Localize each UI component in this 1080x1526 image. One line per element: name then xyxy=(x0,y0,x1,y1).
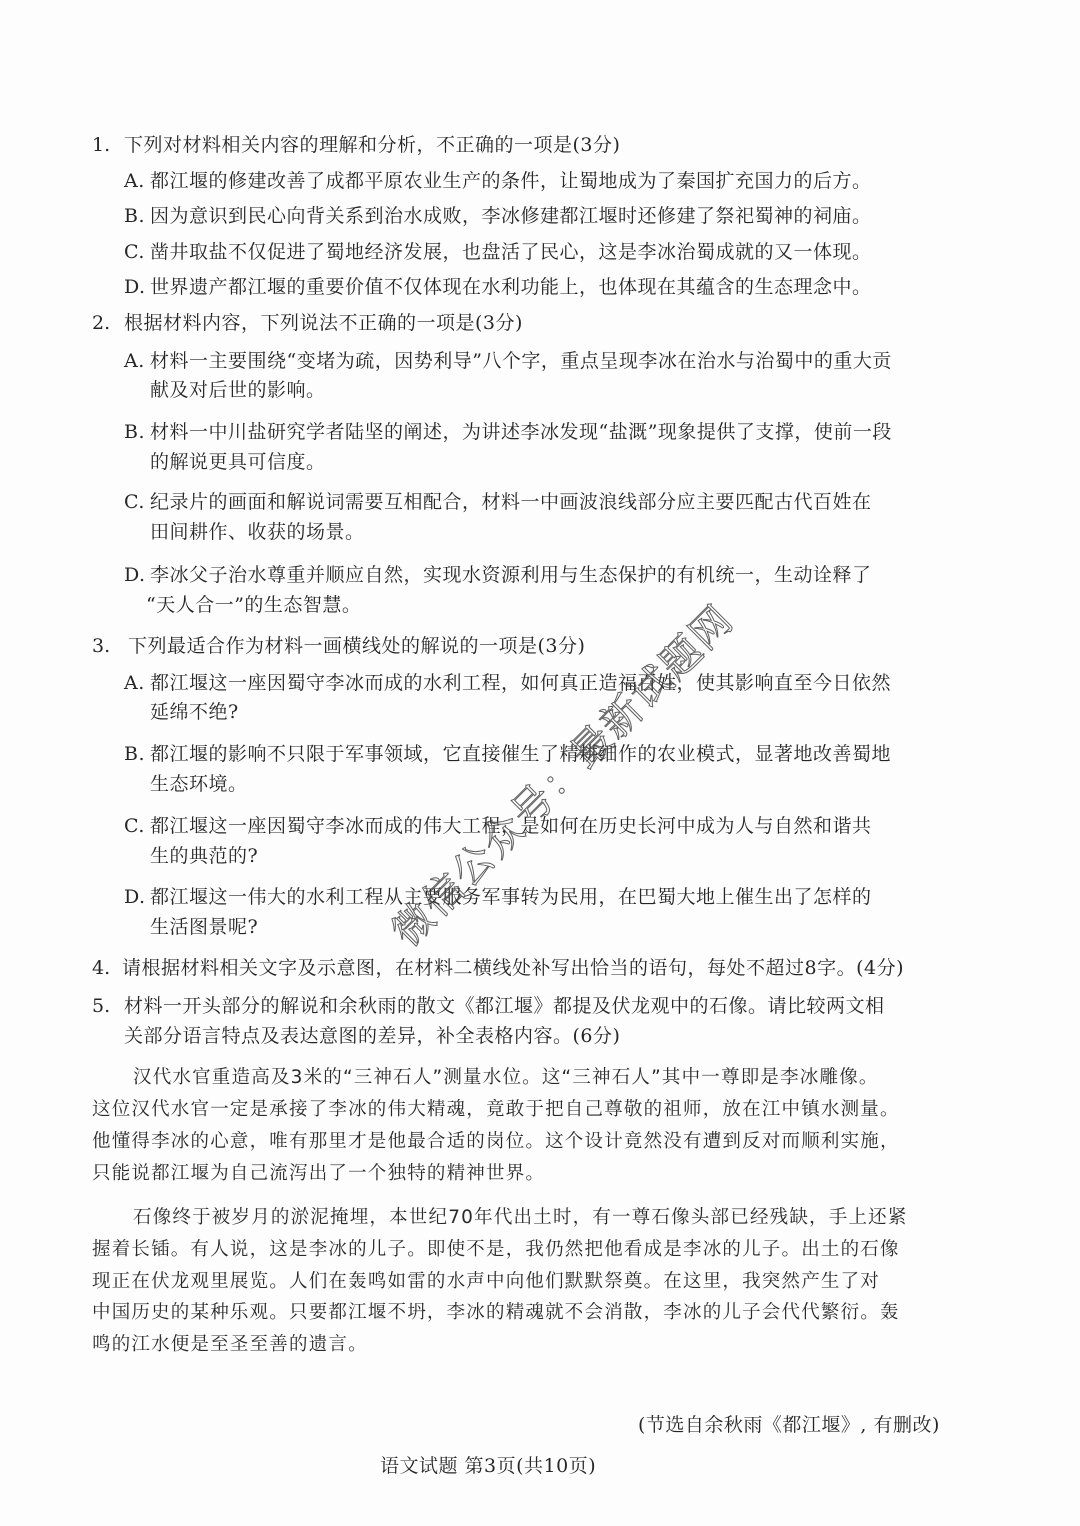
option-b-continuation: 的解说更具可信度。 xyxy=(150,450,326,474)
option-label: B. xyxy=(124,420,150,444)
passage-line: 这位汉代水官一定是承接了李冰的伟大精魂，竟敢于把自己尊敬的祖师，放在江中镇水测量… xyxy=(92,1098,900,1122)
option-a: A.都江堰这一座因蜀守李冰而成的水利工程，如何真正造福百姓，使其影响直至今日依然 xyxy=(124,671,891,695)
option-b: B.因为意识到民心向背关系到治水成败，李冰修建都江堰时还修建了祭祀蜀神的祠庙。 xyxy=(124,204,872,228)
question-number: 5. xyxy=(92,994,110,1018)
question-stem: 请根据材料相关文字及示意图，在材料二横线处补写出恰当的语句，每处不超过8字。(4… xyxy=(122,956,904,980)
option-text: 材料一主要围绕“变堵为疏，因势利导”八个字，重点呈现李冰在治水与治蜀中的重大贡 xyxy=(150,350,892,372)
passage-line: 现正在伏龙观里展览。人们在轰鸣如雷的水声中向他们默默祭奠。在这里，我突然产生了对 xyxy=(92,1270,880,1294)
option-label: C. xyxy=(124,490,150,514)
question-stem: 下列最适合作为材料一画横线处的解说的一项是(3分) xyxy=(128,634,585,658)
option-a-continuation: 延绵不绝? xyxy=(150,700,239,724)
option-text: 材料一中川盐研究学者陆坚的阐述，为讲述李冰发现“盐溉”现象提供了支撑，使前一段 xyxy=(150,421,892,443)
option-c: C.都江堰这一座因蜀守李冰而成的伟大工程，是如何在历史长河中成为人与自然和谐共 xyxy=(124,814,872,838)
passage-line: 他懂得李冰的心意，唯有那里才是他最合适的岗位。这个设计竟然没有遭到反对而顺利实施… xyxy=(92,1130,900,1154)
option-text: 世界遗产都江堰的重要价值不仅体现在水利功能上，也体现在其蕴含的生态理念中。 xyxy=(150,276,872,298)
passage-line: 鸣的江水便是至圣至善的遗言。 xyxy=(92,1333,368,1357)
option-label: B. xyxy=(124,204,150,228)
option-text: 都江堰这一座因蜀守李冰而成的伟大工程，是如何在历史长河中成为人与自然和谐共 xyxy=(150,815,872,837)
option-d-continuation: 生活图景呢? xyxy=(150,915,258,939)
option-c-continuation: 田间耕作、收获的场景。 xyxy=(150,520,365,544)
passage-line: 握着长锸。有人说，这是李冰的儿子。即使不是，我仍然把他看成是李冰的儿子。出土的石… xyxy=(92,1238,900,1262)
option-label: A. xyxy=(124,349,150,373)
option-text: 因为意识到民心向背关系到治水成败，李冰修建都江堰时还修建了祭祀蜀神的祠庙。 xyxy=(150,205,872,227)
question-number: 4. xyxy=(92,956,110,980)
option-label: A. xyxy=(124,169,150,193)
question-stem: 下列对材料相关内容的理解和分析，不正确的一项是(3分) xyxy=(124,133,620,157)
question-number: 1. xyxy=(92,133,110,157)
option-text: 凿井取盐不仅促进了蜀地经济发展，也盘活了民心，这是李冰治蜀成就的又一体现。 xyxy=(150,241,872,263)
option-b: B.都江堰的影响不只限于军事领域，它直接催生了精耕细作的农业模式，显著地改善蜀地 xyxy=(124,742,891,766)
question-stem: 根据材料内容，下列说法不正确的一项是(3分) xyxy=(124,311,523,335)
option-a-continuation: 献及对后世的影响。 xyxy=(150,378,326,402)
option-a: A.都江堰的修建改善了成都平原农业生产的条件，让蜀地成为了秦国扩充国力的后方。 xyxy=(124,169,872,193)
option-d: D.李冰父子治水尊重并顺应自然，实现水资源利用与生态保护的有机统一，生动诠释了 xyxy=(124,563,872,587)
question-stem-continuation: 关部分语言特点及表达意图的差异，补全表格内容。(6分) xyxy=(124,1024,620,1048)
question-number: 2. xyxy=(92,311,110,335)
option-d-continuation: “天人合一”的生态智慧。 xyxy=(146,593,361,617)
option-label: D. xyxy=(124,885,150,909)
option-b-continuation: 生态环境。 xyxy=(150,772,248,796)
option-c: C.凿井取盐不仅促进了蜀地经济发展，也盘活了民心，这是李冰治蜀成就的又一体现。 xyxy=(124,240,872,264)
option-text: 都江堰的影响不只限于军事领域，它直接催生了精耕细作的农业模式，显著地改善蜀地 xyxy=(150,743,891,765)
option-a: A.材料一主要围绕“变堵为疏，因势利导”八个字，重点呈现李冰在治水与治蜀中的重大… xyxy=(124,349,892,373)
option-text: 都江堰的修建改善了成都平原农业生产的条件，让蜀地成为了秦国扩充国力的后方。 xyxy=(150,170,872,192)
option-b: B.材料一中川盐研究学者陆坚的阐述，为讲述李冰发现“盐溉”现象提供了支撑，使前一… xyxy=(124,420,892,444)
passage-line: 石像终于被岁月的淤泥掩埋，本世纪70年代出土时，有一尊石像头部已经残缺，手上还紧 xyxy=(133,1206,908,1230)
option-label: A. xyxy=(124,671,150,695)
option-text: 纪录片的画面和解说词需要互相配合，材料一中画波浪线部分应主要匹配古代百姓在 xyxy=(150,491,872,513)
option-text: 都江堰这一伟大的水利工程从主要服务军事转为民用，在巴蜀大地上催生出了怎样的 xyxy=(150,886,872,908)
option-label: C. xyxy=(124,814,150,838)
option-label: D. xyxy=(124,275,150,299)
option-label: B. xyxy=(124,742,150,766)
option-text: 李冰父子治水尊重并顺应自然，实现水资源利用与生态保护的有机统一，生动诠释了 xyxy=(150,564,872,586)
option-label: D. xyxy=(124,563,150,587)
passage-source: (节选自余秋雨《都江堰》, 有删改) xyxy=(638,1413,940,1437)
page-footer: 语文试题 第3页(共10页) xyxy=(380,1454,596,1478)
exam-page: 1. 下列对材料相关内容的理解和分析，不正确的一项是(3分) A.都江堰的修建改… xyxy=(0,0,1080,1526)
option-text: 都江堰这一座因蜀守李冰而成的水利工程，如何真正造福百姓，使其影响直至今日依然 xyxy=(150,672,891,694)
passage-line: 只能说都江堰为自己流泻出了一个独特的精神世界。 xyxy=(92,1162,545,1186)
option-d: D.世界遗产都江堰的重要价值不仅体现在水利功能上，也体现在其蕴含的生态理念中。 xyxy=(124,275,872,299)
option-label: C. xyxy=(124,240,150,264)
passage-line: 中国历史的某种乐观。只要都江堰不坍，李冰的精魂就不会消散，李冰的儿子会代代繁衍。… xyxy=(92,1301,900,1325)
question-number: 3. xyxy=(92,634,110,658)
passage-line: 汉代水官重造高及3米的“三神石人”测量水位。这“三神石人”其中一尊即是李冰雕像。 xyxy=(133,1066,879,1090)
option-d: D.都江堰这一伟大的水利工程从主要服务军事转为民用，在巴蜀大地上催生出了怎样的 xyxy=(124,885,872,909)
question-stem: 材料一开头部分的解说和余秋雨的散文《都江堰》都提及伏龙观中的石像。请比较两文相 xyxy=(124,994,885,1018)
option-c: C.纪录片的画面和解说词需要互相配合，材料一中画波浪线部分应主要匹配古代百姓在 xyxy=(124,490,872,514)
option-c-continuation: 生的典范的? xyxy=(150,844,258,868)
